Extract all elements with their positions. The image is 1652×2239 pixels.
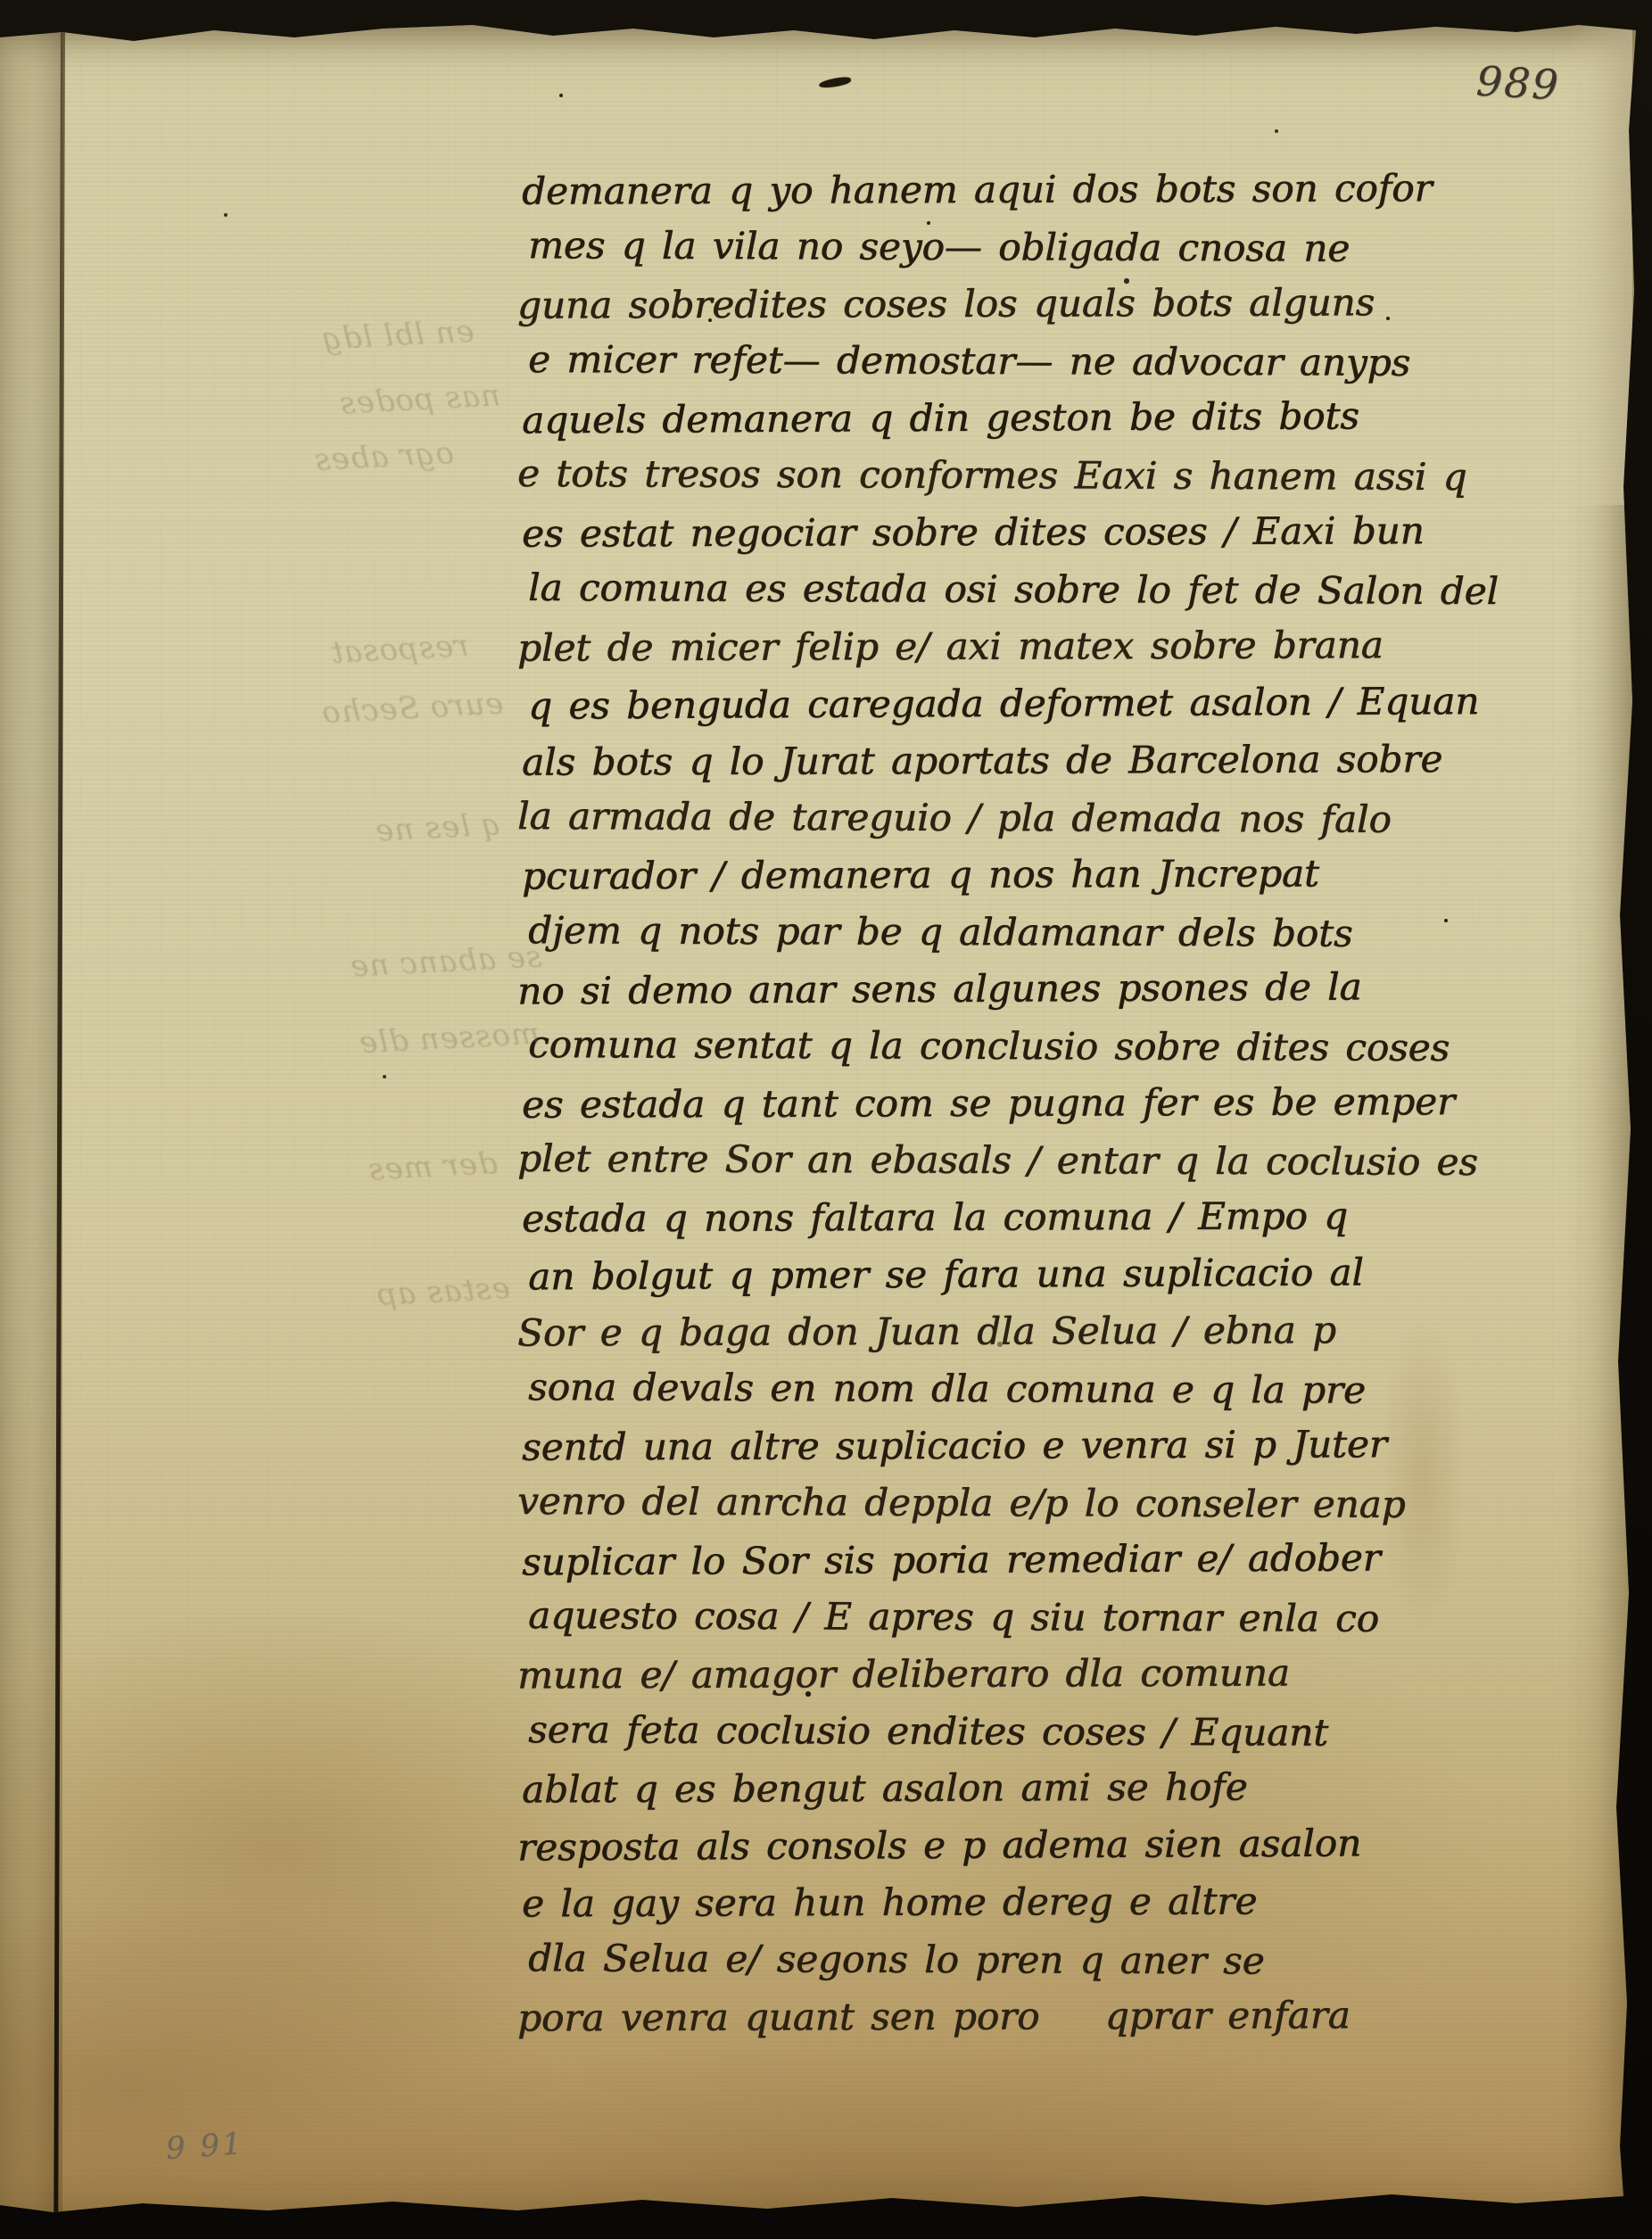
manuscript-text-line: aquesto cosa / E apres q siu tornar enla…	[528, 1597, 1379, 1638]
manuscript-text-line: mes q la vila no seyo— obligada cnosa ne	[528, 227, 1350, 268]
manuscript-page: 989 demanera q yo hanem aqui dos bots so…	[0, 23, 1636, 2221]
manuscript-text-line: muna e/ amagor deliberaro dla comuna	[517, 1654, 1290, 1694]
manuscript-text-line: sera feta coclusio endites coses / Equan…	[528, 1711, 1328, 1751]
manuscript-text-line: e la gay sera hun home dereg e altre	[522, 1883, 1257, 1923]
manuscript-text-line: Sor e q baga don Juan dla Selua / ebna p	[517, 1311, 1336, 1351]
manuscript-text-line: q es benguda caregada deformet asalon / …	[528, 682, 1479, 725]
manuscript-text-line: e micer refet— demostar— ne advocar anyp…	[528, 341, 1410, 382]
pencil-foliation-note: 9 91	[165, 2126, 245, 2167]
manuscript-text-block: demanera q yo hanem aqui dos bots son co…	[0, 23, 1636, 2221]
manuscript-text-line: estada q nons faltara la comuna / Empo q	[522, 1197, 1348, 1237]
ink-specks	[0, 23, 2, 25]
manuscript-text-line: suplicar lo Sor sis poria remediar e/ ad…	[522, 1539, 1381, 1581]
manuscript-text-line: ablat q es bengut asalon ami se hofe	[522, 1769, 1248, 1809]
manuscript-text-line: plet de micer felip e/ axi matex sobre b…	[517, 626, 1384, 666]
bleedthrough-text: q les ne	[374, 806, 502, 848]
manuscript-text-line: no si demo anar sens algunes psones de l…	[517, 969, 1362, 1011]
manuscript-text-line: venro del anrcha deppla e/p lo conseler …	[517, 1483, 1406, 1524]
bleedthrough-text: estas ap	[376, 1270, 511, 1313]
manuscript-text-line: es estada q tant com se pugna fer es be …	[522, 1083, 1455, 1124]
manuscript-text-line: la armada de tareguio / pla demada nos f…	[517, 797, 1392, 839]
manuscript-text-line: an bolgut q pmer se fara una suplicacio …	[528, 1254, 1364, 1296]
manuscript-text-line: djem q nots par be q aldamanar dels bots	[528, 912, 1353, 953]
manuscript-text-line: plet entre Sor an ebasals / entar q la c…	[517, 1140, 1478, 1181]
bleedthrough-text: ogr abes	[313, 435, 455, 478]
manuscript-text-line: comuna sentat q la conclusio sobre dites…	[528, 1026, 1450, 1067]
manuscript-text-line: es estat negociar sobre dites coses / Ea…	[522, 512, 1425, 553]
bleedthrough-text: der mes	[367, 1145, 499, 1188]
manuscript-text-line: pcurador / demanera q nos han Jncrepat	[522, 855, 1319, 895]
manuscript-text-line: la comuna es estada osi sobre lo fet de …	[528, 569, 1499, 610]
manuscript-text-line: aquels demanera q din geston be dits bot…	[522, 398, 1359, 440]
manuscript-text-line: guna sobredites coses los quals bots alg…	[517, 284, 1375, 324]
manuscript-text-line: dla Selua e/ segons lo pren q aner se	[528, 1939, 1265, 1979]
manuscript-text-line: sona devals en nom dla comuna e q la pre	[528, 1368, 1366, 1409]
manuscript-text-line: pora venra quant sen poro qprar enfara	[517, 1996, 1351, 2037]
manuscript-scan: 989 demanera q yo hanem aqui dos bots so…	[0, 0, 1652, 2239]
manuscript-text-line: als bots q lo Jurat aportats de Barcelon…	[522, 740, 1442, 781]
manuscript-text-line: demanera q yo hanem aqui dos bots son co…	[522, 169, 1433, 211]
manuscript-text-line: resposta als consols e p adema sien asal…	[517, 1825, 1361, 1867]
manuscript-text-line: sentd una altre suplicacio e venra si p …	[522, 1425, 1387, 1466]
bleedthrough-text: resposat	[329, 628, 469, 671]
manuscript-text-line: e tots tresos son conformes Eaxi s hanem…	[517, 455, 1467, 496]
